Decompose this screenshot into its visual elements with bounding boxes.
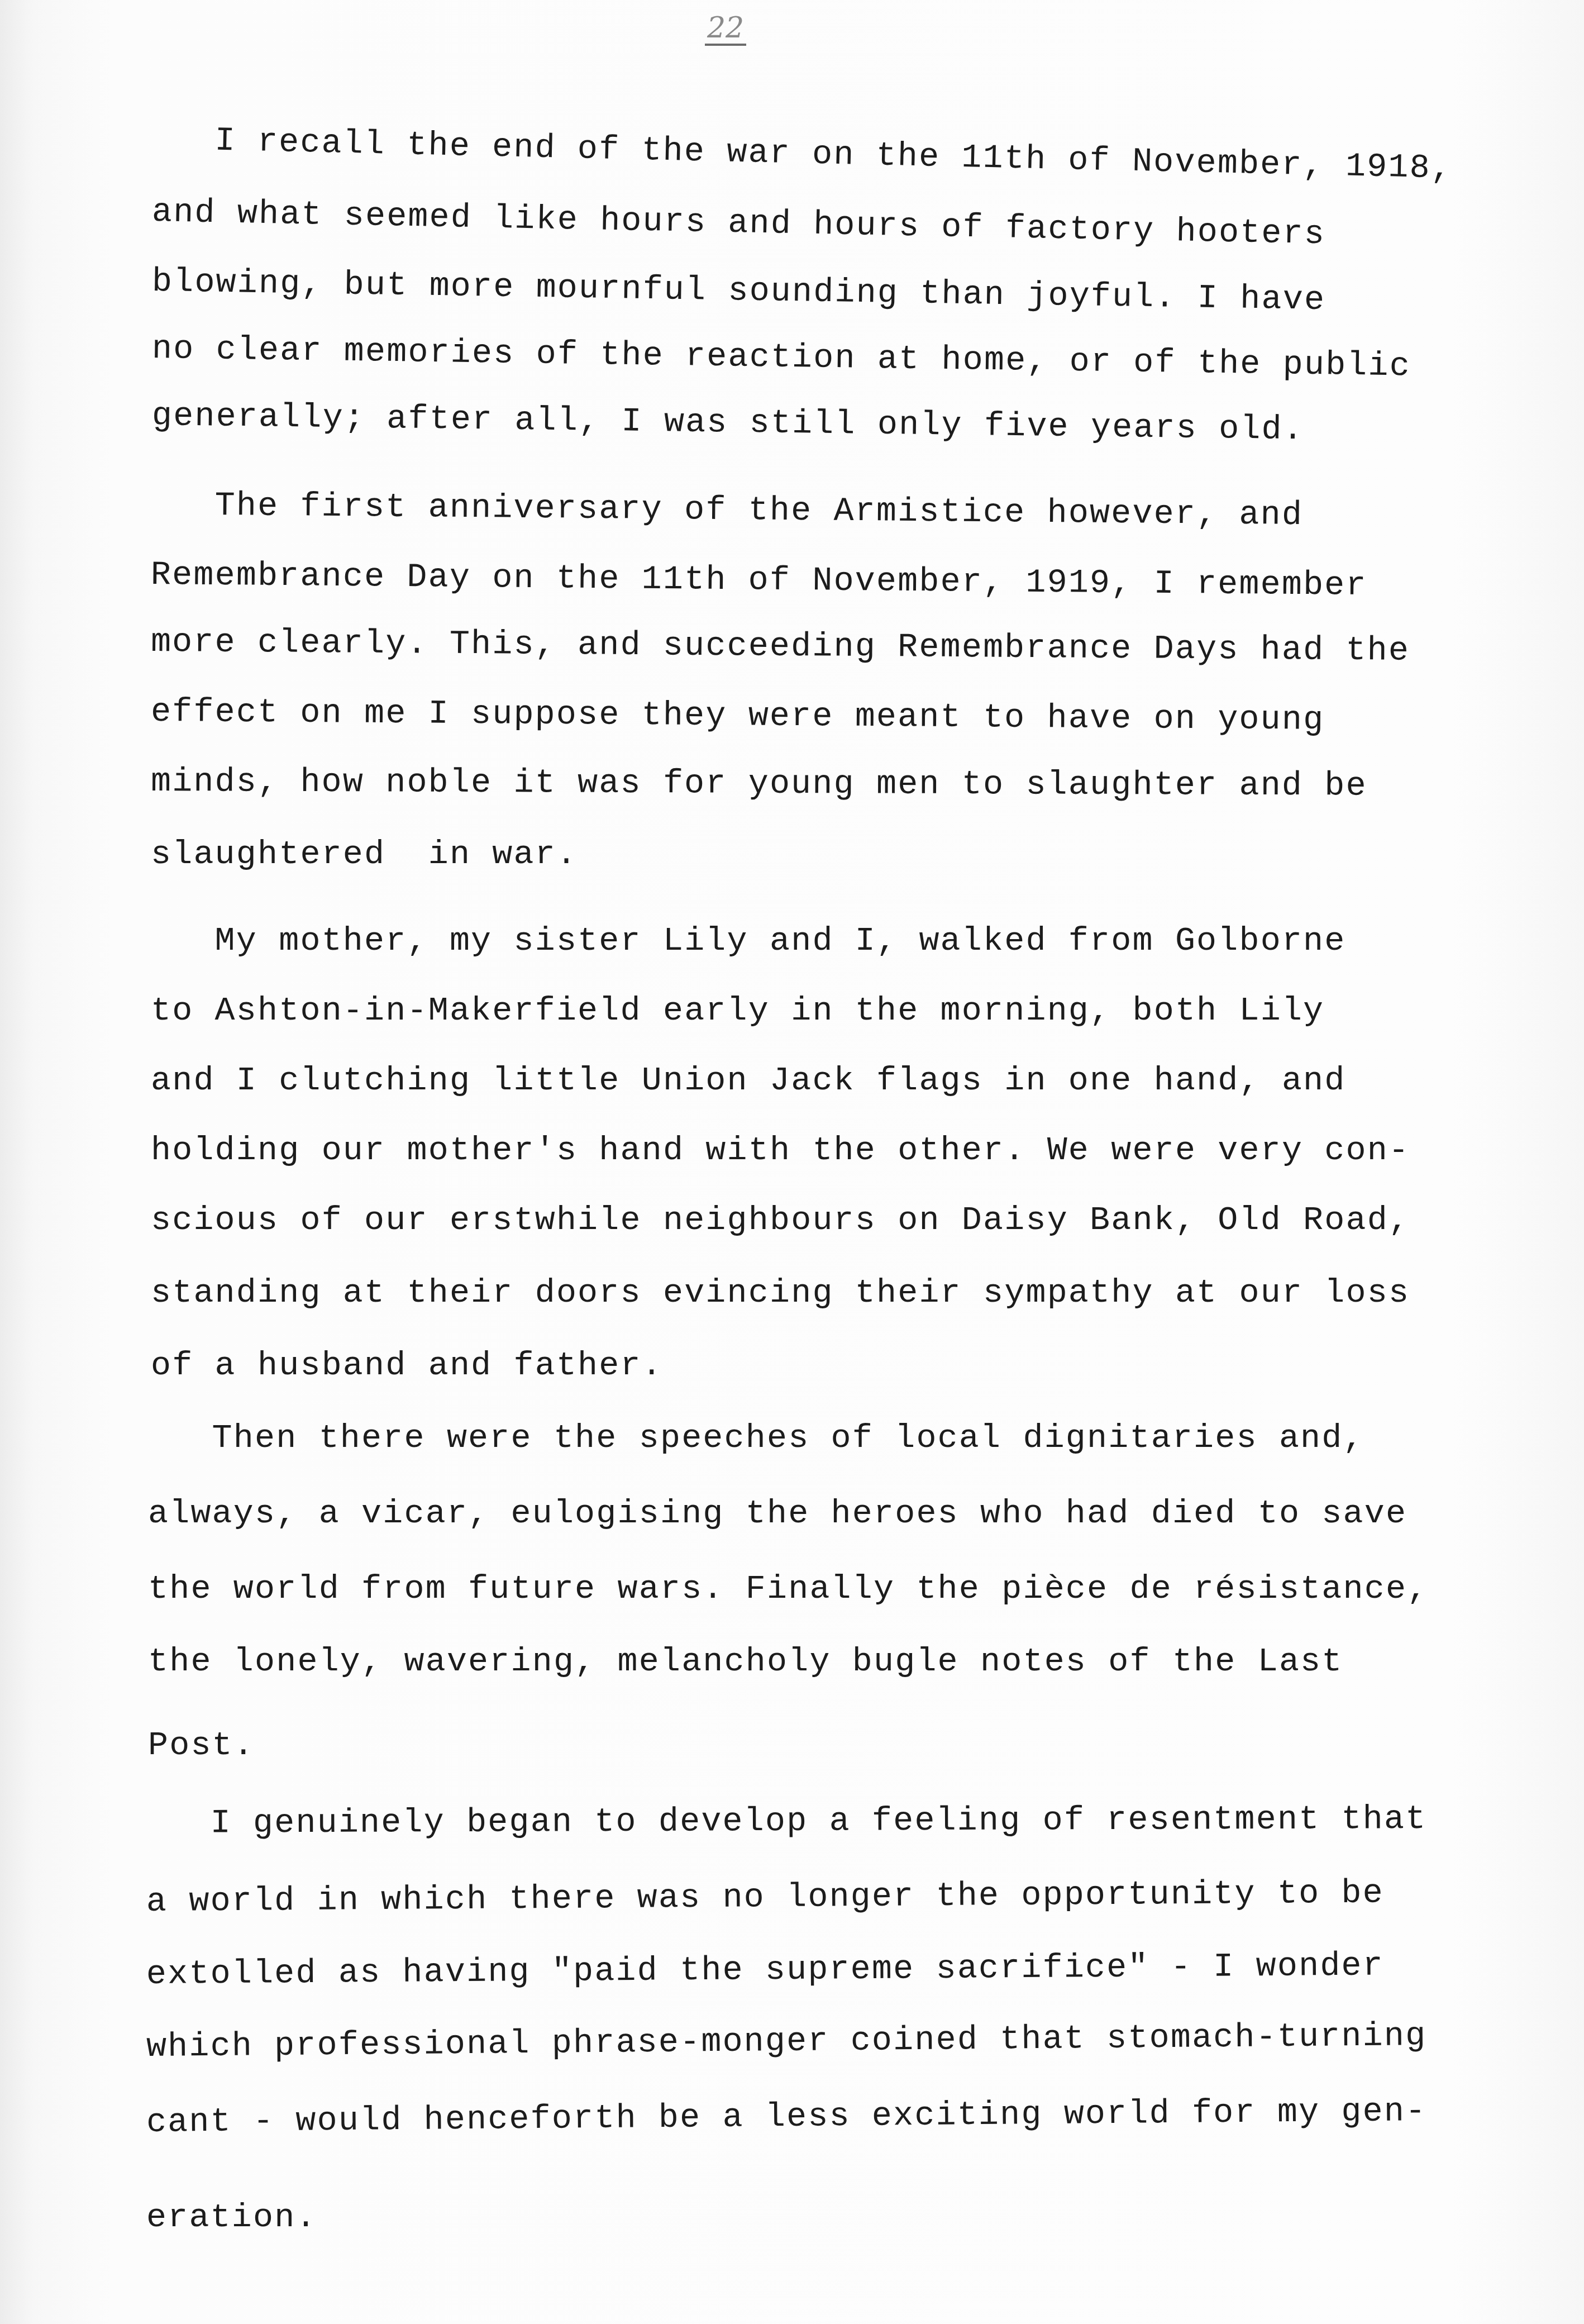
text-line: scious of our erstwhile neighbours on Da… bbox=[151, 1201, 1410, 1240]
typewritten-page: 22 I recall the end of the war on the 11… bbox=[0, 0, 1584, 2324]
text-line: Then there were the speeches of local di… bbox=[148, 1419, 1364, 1458]
text-line: always, a vicar, eulogising the heroes w… bbox=[148, 1494, 1407, 1534]
text-line: no clear memories of the reaction at hom… bbox=[152, 330, 1411, 386]
text-line: standing at their doors evincing their s… bbox=[151, 1274, 1410, 1313]
text-line: generally; after all, I was still only f… bbox=[152, 397, 1305, 450]
text-line: and what seemed like hours and hours of … bbox=[151, 193, 1325, 254]
text-line: The first anniversary of the Armistice h… bbox=[151, 486, 1304, 535]
text-line: effect on me I suppose they were meant t… bbox=[151, 693, 1325, 740]
text-line: Post. bbox=[148, 1726, 255, 1765]
text-line: and I clutching little Union Jack flags … bbox=[151, 1061, 1346, 1101]
text-line: to Ashton-in-Makerfield early in the mor… bbox=[151, 992, 1324, 1031]
text-line: cant - would henceforth be a less exciti… bbox=[146, 2092, 1427, 2142]
page-number: 22 bbox=[705, 12, 746, 46]
text-line: of a husband and father. bbox=[151, 1346, 663, 1385]
text-line: which professional phrase-monger coined … bbox=[146, 2017, 1427, 2067]
text-line: minds, how noble it was for young men to… bbox=[151, 763, 1367, 806]
text-line: My mother, my sister Lily and I, walked … bbox=[151, 922, 1346, 961]
text-line: a world in which there was no longer the… bbox=[146, 1874, 1384, 1922]
text-line: holding our mother's hand with the other… bbox=[151, 1131, 1410, 1170]
text-line: eration. bbox=[146, 2198, 317, 2237]
text-line: I recall the end of the war on the 11th … bbox=[150, 120, 1453, 189]
text-line: blowing, but more mournful sounding than… bbox=[151, 263, 1325, 320]
text-line: extolled as having "paid the supreme sac… bbox=[146, 1947, 1384, 1994]
text-line: I genuinely began to develop a feeling o… bbox=[146, 1800, 1427, 1844]
text-line: slaughtered in war. bbox=[151, 835, 578, 874]
text-line: the lonely, wavering, melancholy bugle n… bbox=[148, 1642, 1343, 1682]
text-line: more clearly. This, and succeeding Remem… bbox=[151, 623, 1410, 671]
text-line: Remembrance Day on the 11th of November,… bbox=[151, 556, 1367, 606]
text-line: the world from future wars. Finally the … bbox=[148, 1570, 1428, 1609]
